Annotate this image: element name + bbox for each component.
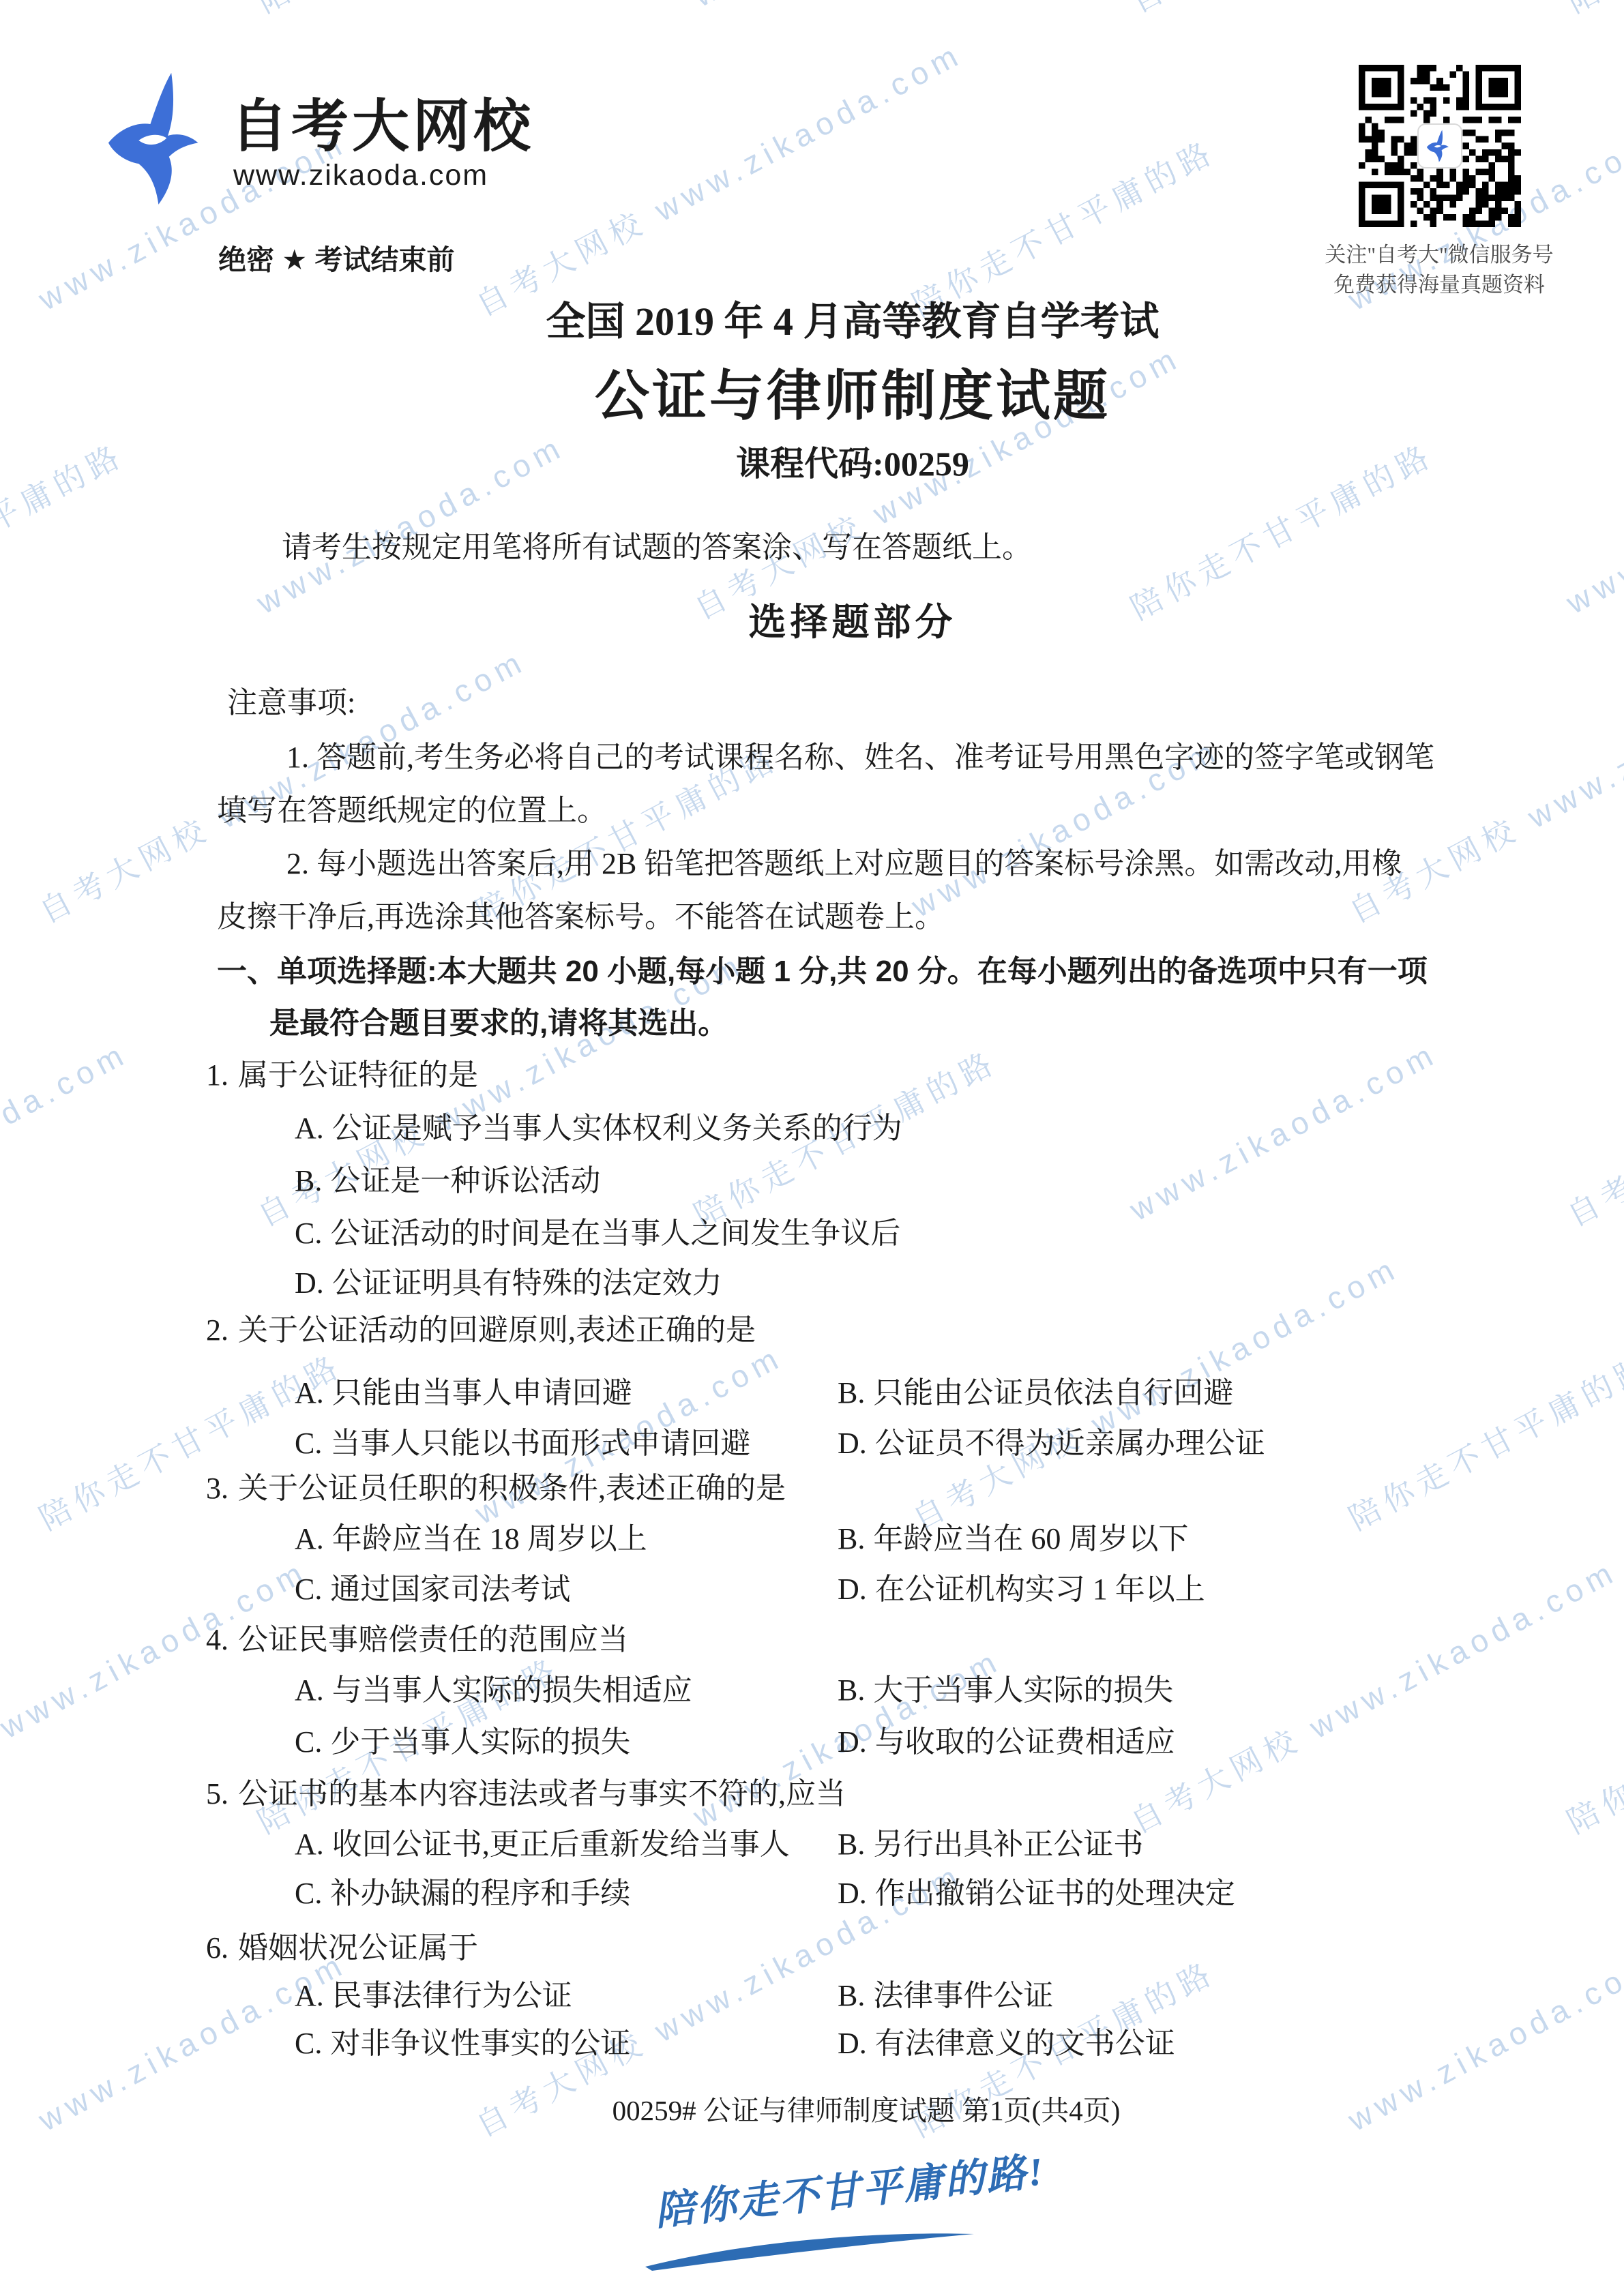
option-label: A. bbox=[295, 1375, 324, 1410]
option-text: 与收取的公证费相适应 bbox=[875, 1725, 1175, 1759]
question-text: 公证书的基本内容违法或者与事实不符的,应当 bbox=[238, 1777, 846, 1810]
question-row: 5.公证书的基本内容违法或者与事实不符的,应当 bbox=[206, 1769, 846, 1813]
note-2-line-1: 2. 每小题选出答案后,用 2B 铅笔把答题纸上对应题目的答案标号涂黑。如需改动… bbox=[286, 839, 1402, 882]
option-label: D. bbox=[838, 1725, 867, 1759]
option-label: C. bbox=[295, 1725, 322, 1759]
option-text: 补办缺漏的程序和手续 bbox=[330, 1877, 630, 1910]
question-row: 4.公证民事赔偿责任的范围应当 bbox=[206, 1615, 628, 1658]
option-label: D. bbox=[838, 2026, 867, 2061]
option-text: 少于当事人实际的损失 bbox=[330, 1725, 630, 1759]
option-row: C.补办缺漏的程序和手续 bbox=[295, 1868, 630, 1912]
option-row: B.大于当事人实际的损失 bbox=[838, 1665, 1173, 1709]
slogan-swoosh bbox=[643, 2224, 977, 2272]
section-heading: 选择题部分 bbox=[82, 592, 1623, 646]
option-label: C. bbox=[295, 1426, 322, 1461]
brand-url: www.zikaoda.com bbox=[233, 159, 488, 192]
option-text: 公证员不得为近亲属办理公证 bbox=[875, 1427, 1265, 1460]
option-row: A.民事法律行为公证 bbox=[295, 1971, 572, 2014]
qr-code bbox=[1359, 65, 1521, 227]
option-label: B. bbox=[838, 1521, 865, 1556]
part-one-heading-line-1: 一、单项选择题:本大题共 20 小题,每小题 1 分,共 20 分。在每小题列出… bbox=[217, 946, 1428, 990]
option-text: 公证是一种诉讼活动 bbox=[330, 1164, 600, 1197]
option-text: 大于当事人实际的损失 bbox=[873, 1673, 1173, 1707]
option-row: A.收回公证书,更正后重新发给当事人 bbox=[295, 1819, 790, 1863]
note-1-line-1: 1. 答题前,考生务必将自己的考试课程名称、姓名、准考证号用黑色字迹的签字笔或钢… bbox=[286, 732, 1434, 776]
question-text: 婚姻状况公证属于 bbox=[238, 1931, 478, 1965]
option-text: 当事人只能以书面形式申请回避 bbox=[330, 1427, 750, 1460]
option-row: B.公证是一种诉讼活动 bbox=[295, 1156, 600, 1199]
option-row: B.年龄应当在 60 周岁以下 bbox=[838, 1514, 1188, 1557]
option-row: C.通过国家司法考试 bbox=[295, 1564, 570, 1608]
option-row: C.对非争议性事实的公证 bbox=[295, 2018, 630, 2062]
option-row: A.公证是赋予当事人实体权利义务关系的行为 bbox=[295, 1103, 902, 1147]
option-row: D.公证证明具有特殊的法定效力 bbox=[295, 1258, 722, 1302]
question-number: 5. bbox=[206, 1776, 228, 1811]
question-number: 1. bbox=[206, 1058, 228, 1092]
option-text: 与当事人实际的损失相适应 bbox=[332, 1673, 692, 1707]
brand-slogan: 陪你走不甘平庸的路! bbox=[652, 2138, 1048, 2237]
question-row: 3.关于公证员任职的积极条件,表述正确的是 bbox=[206, 1463, 786, 1507]
option-row: A.与当事人实际的损失相适应 bbox=[295, 1665, 692, 1709]
exam-session-title: 全国 2019 年 4 月高等教育自学考试 bbox=[82, 289, 1623, 346]
option-text: 公证是赋予当事人实体权利义务关系的行为 bbox=[332, 1112, 902, 1145]
option-text: 另行出具补正公证书 bbox=[873, 1828, 1143, 1861]
option-label: C. bbox=[295, 1216, 322, 1251]
question-number: 2. bbox=[206, 1313, 228, 1347]
option-row: C.公证活动的时间是在当事人之间发生争议后 bbox=[295, 1208, 900, 1252]
option-label: A. bbox=[295, 1673, 324, 1708]
notes-title: 注意事项: bbox=[227, 678, 355, 721]
question-number: 3. bbox=[206, 1471, 228, 1506]
option-label: A. bbox=[295, 1111, 324, 1146]
option-label: B. bbox=[838, 1375, 865, 1410]
option-text: 法律事件公证 bbox=[873, 1979, 1053, 2012]
option-row: C.少于当事人实际的损失 bbox=[295, 1717, 630, 1761]
part-one-heading-line-2: 是最符合题目要求的,请将其选出。 bbox=[269, 998, 728, 1042]
option-text: 只能由当事人申请回避 bbox=[332, 1376, 632, 1410]
exam-paper-page: 自考大网校 www.zikaoda.com陪你走不甘平庸的路www.zikaod… bbox=[0, 0, 1624, 2296]
option-row: A.只能由当事人申请回避 bbox=[295, 1368, 632, 1412]
page-footer: 00259# 公证与律师制度试题 第1页(共4页) bbox=[109, 2088, 1623, 2128]
option-text: 通过国家司法考试 bbox=[330, 1572, 570, 1606]
option-row: D.公证员不得为近亲属办理公证 bbox=[838, 1418, 1265, 1462]
option-label: C. bbox=[295, 2026, 322, 2061]
option-text: 民事法律行为公证 bbox=[332, 1979, 572, 2012]
option-row: B.另行出具补正公证书 bbox=[838, 1819, 1143, 1863]
note-1-line-2: 填写在答题纸规定的位置上。 bbox=[217, 786, 607, 829]
option-text: 有法律意义的文书公证 bbox=[875, 2027, 1175, 2060]
option-label: B. bbox=[838, 1978, 865, 2013]
option-text: 公证活动的时间是在当事人之间发生争议后 bbox=[330, 1217, 900, 1250]
option-text: 年龄应当在 18 周岁以上 bbox=[332, 1522, 647, 1555]
option-text: 公证证明具有特殊的法定效力 bbox=[332, 1266, 722, 1300]
option-row: B.只能由公证员依法自行回避 bbox=[838, 1368, 1233, 1412]
option-text: 年龄应当在 60 周岁以下 bbox=[873, 1522, 1188, 1555]
option-label: B. bbox=[838, 1673, 865, 1708]
brand-bird-icon bbox=[102, 68, 222, 208]
question-text: 公证民事赔偿责任的范围应当 bbox=[238, 1623, 628, 1656]
option-row: B.法律事件公证 bbox=[838, 1971, 1053, 2014]
option-row: D.作出撤销公证书的处理决定 bbox=[838, 1868, 1235, 1912]
course-code: 课程代码:00259 bbox=[82, 436, 1623, 486]
option-text: 作出撤销公证书的处理决定 bbox=[875, 1877, 1235, 1910]
option-label: A. bbox=[295, 1978, 324, 2013]
question-row: 2.关于公证活动的回避原则,表述正确的是 bbox=[206, 1305, 756, 1349]
page-content: 自考大网校 www.zikaoda.com 关注"自考大"微信服务号 免费获得海… bbox=[0, 0, 1624, 2296]
option-label: B. bbox=[838, 1827, 865, 1862]
option-label: A. bbox=[295, 1521, 324, 1556]
option-label: A. bbox=[295, 1827, 324, 1862]
question-row: 6.婚姻状况公证属于 bbox=[206, 1923, 478, 1967]
answer-sheet-instruction: 请考生按规定用笔将所有试题的答案涂、写在答题纸上。 bbox=[282, 522, 1032, 566]
option-row: D.有法律意义的文书公证 bbox=[838, 2018, 1175, 2062]
option-label: D. bbox=[295, 1266, 324, 1300]
qr-center-logo bbox=[1417, 123, 1462, 168]
qr-caption-line1: 关注"自考大"微信服务号 bbox=[1262, 240, 1616, 270]
option-text: 收回公证书,更正后重新发给当事人 bbox=[332, 1828, 790, 1861]
question-text: 关于公证活动的回避原则,表述正确的是 bbox=[238, 1313, 756, 1347]
option-label: C. bbox=[295, 1572, 322, 1607]
option-row: C.当事人只能以书面形式申请回避 bbox=[295, 1418, 750, 1462]
option-row: D.在公证机构实习 1 年以上 bbox=[838, 1564, 1205, 1608]
option-row: A.年龄应当在 18 周岁以上 bbox=[295, 1514, 647, 1557]
question-text: 关于公证员任职的积极条件,表述正确的是 bbox=[238, 1472, 786, 1505]
option-row: D.与收取的公证费相适应 bbox=[838, 1717, 1175, 1761]
note-2-line-2: 皮擦干净后,再选涂其他答案标号。不能答在试题卷上。 bbox=[217, 892, 945, 936]
question-text: 属于公证特征的是 bbox=[238, 1058, 478, 1092]
option-label: B. bbox=[295, 1163, 322, 1198]
option-text: 在公证机构实习 1 年以上 bbox=[875, 1572, 1205, 1606]
question-number: 4. bbox=[206, 1622, 228, 1657]
option-label: D. bbox=[838, 1426, 867, 1461]
option-text: 只能由公证员依法自行回避 bbox=[873, 1376, 1233, 1410]
question-number: 6. bbox=[206, 1930, 228, 1965]
question-row: 1.属于公证特征的是 bbox=[206, 1050, 478, 1094]
security-notice: 绝密 ★ 考试结束前 bbox=[218, 237, 455, 278]
option-text: 对非争议性事实的公证 bbox=[330, 2027, 630, 2060]
paper-title: 公证与律师制度试题 bbox=[82, 352, 1623, 430]
option-label: D. bbox=[838, 1876, 867, 1911]
brand-name: 自考大网校 bbox=[231, 80, 534, 163]
option-label: D. bbox=[838, 1572, 867, 1607]
option-label: C. bbox=[295, 1876, 322, 1911]
